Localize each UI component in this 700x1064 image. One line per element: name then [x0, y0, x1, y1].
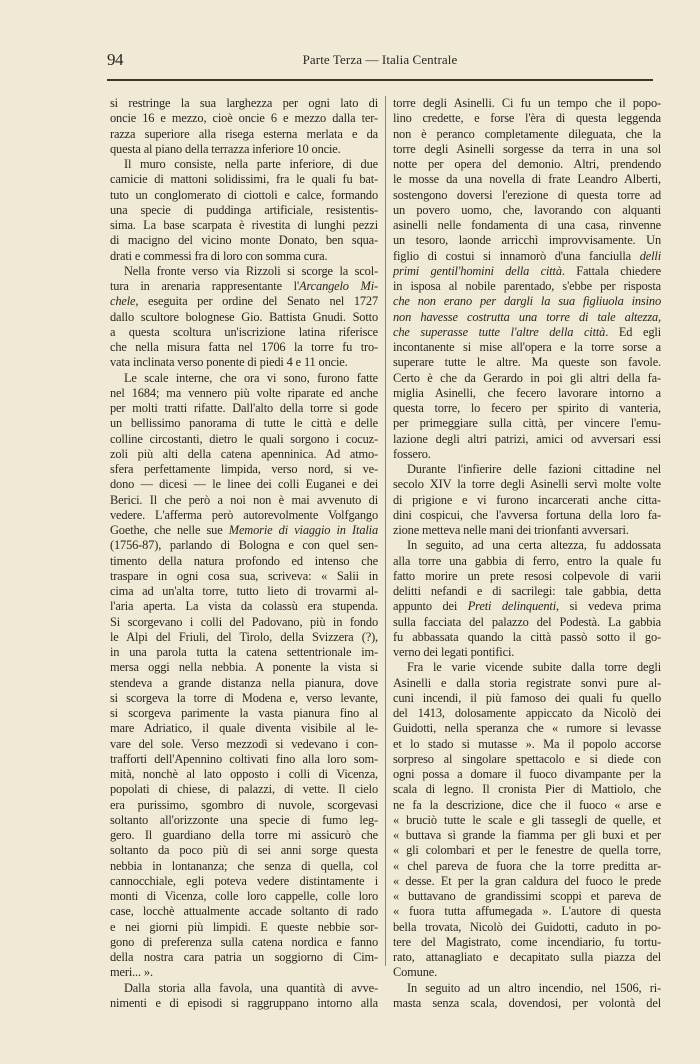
text-line: torre degli Asinelli. Ci fu un tempo che…	[393, 96, 661, 111]
text-line: torre degli Asinelli sorgesse da terra i…	[393, 142, 661, 157]
text-line: vedere. L'afferma però autorevolmente Vo…	[110, 508, 378, 523]
text-line: masta senza scala, dovendosi, per volont…	[393, 996, 661, 1011]
text-line: che nella misura fatta nel 1706 la torre…	[110, 340, 378, 355]
text-run: , eseguita per ordine del Senato nel 172…	[135, 294, 378, 308]
text-line: a questa scoltura un'iscrizione latina r…	[110, 325, 378, 340]
text-line: figlio di costui si innamorò d'una fanci…	[393, 249, 661, 264]
header-rule	[107, 79, 653, 81]
text-line: Nella fronte verso via Rizzoli si scorge…	[110, 264, 378, 279]
text-line: monti di Vicenza, colle loro cappelle, c…	[110, 889, 378, 904]
text-run: tura in arenaria rappresentante l'	[110, 279, 299, 293]
text-line: che superasse tutte l'altre della città.…	[393, 325, 661, 340]
text-line: incontanente si mise all'opera e la torr…	[393, 340, 661, 355]
text-run: figlio di costui si innamorò d'una fanci…	[393, 249, 640, 263]
text-line: camicie di mattoni solidissimi, fra le q…	[110, 172, 378, 187]
text-line: oncie 16 e mezzo, cioè oncie 6 e mezzo d…	[110, 111, 378, 126]
text-line: nebbia in lontananza; che senza di quell…	[110, 859, 378, 874]
right-column: torre degli Asinelli. Ci fu un tempo che…	[393, 96, 661, 1011]
text-line: popolati di chiese, di palazzi, di vette…	[110, 782, 378, 797]
text-line: In seguito, ad una certa altezza, fu add…	[393, 538, 661, 553]
text-line: sostengono doversi l'erezione di questa …	[393, 188, 661, 203]
text-line: « buttavano de grandissimi scoppi et par…	[393, 889, 661, 904]
text-line: Berici. Il che però a noi non è mai avve…	[110, 493, 378, 508]
text-line: dini cospicui, che l'avversa fortuna del…	[393, 508, 661, 523]
text-line: « buttava sì grande la fiamma per gli bu…	[393, 828, 661, 843]
text-line: nel 1684; ma vennero più volte riparate …	[110, 386, 378, 401]
text-line: si restringe la sua larghezza per ogni l…	[110, 96, 378, 111]
text-line: secolo XIV la torre degli Asinelli servì…	[393, 477, 661, 492]
text-line: et lo stado si mutasse ». Ma il popolo a…	[393, 737, 661, 752]
text-line: Goethe, che nelle sue Memorie di viaggio…	[110, 523, 378, 538]
text-run: . Fattala chiedere	[562, 264, 661, 278]
text-line: le Alpi del Friuli, del Tirolo, della Sv…	[110, 630, 378, 645]
text-line: nimenti e di episodi si raggruppano into…	[110, 996, 378, 1011]
text-line: Fra le varie vicende subite dalla torre …	[393, 660, 661, 675]
text-line: verno dei legati pontifici.	[393, 645, 661, 660]
text-line: gero. Il guardiano della torre mi assicu…	[110, 828, 378, 843]
text-line: asinelli nelle fondamenta di una casa, r…	[393, 218, 661, 233]
text-line: delitti nefandi e di sacrilegi: tale gab…	[393, 584, 661, 599]
text-line: tere del Magistrato, come incendiario, f…	[393, 935, 661, 950]
text-line: mare Adriatico, il quale diventa visibil…	[110, 721, 378, 736]
text-line: cannocchiale, egli poteva vedere distint…	[110, 874, 378, 889]
text-line: Comune.	[393, 965, 661, 980]
text-line: timento della natura profondo ed intenso…	[110, 554, 378, 569]
text-line: case, locchè attualmente accade soltanto…	[110, 904, 378, 919]
text-line: era purissimo, sgombro di nuvole, scorge…	[110, 798, 378, 813]
text-line: ne fa la descrizione, dice che il fuoco …	[393, 798, 661, 813]
text-line: scala di legno. Il cronista Pier di Matt…	[393, 782, 661, 797]
text-line: Certo è che da Gerardo in poi gli altri …	[393, 371, 661, 386]
text-line: per molti tratti rifatte. Dall'alto dell…	[110, 401, 378, 416]
italic-text: che non erano per dargli la sua figliuol…	[393, 294, 661, 308]
text-line: sulla facciata del palazzo del Podestà. …	[393, 615, 661, 630]
text-line: mità, nonchè al lato opposto i colli di …	[110, 767, 378, 782]
italic-text: Preti delinquenti	[468, 599, 556, 613]
text-line: per primeggiare sulla città, per vincere…	[393, 416, 661, 431]
text-line: cima ad un'alta torre, tutto lieto di tr…	[110, 584, 378, 599]
italic-text: primi gentil'homini della città	[393, 264, 562, 278]
text-line: Asinelli e dalla storia registrate sonvi…	[393, 676, 661, 691]
text-line: in isposa al nobile parentado, s'ebbe pe…	[393, 279, 661, 294]
text-line: alla torre una gabbia di ferro, entro la…	[393, 554, 661, 569]
text-line: lino credette, e forse l'èra di questa l…	[393, 111, 661, 126]
text-line: razza superiore alla risega esterna merl…	[110, 127, 378, 142]
text-line: primi gentil'homini della città. Fattala…	[393, 264, 661, 279]
text-run: appunto dei	[393, 599, 468, 613]
text-line: Durante l'infierire delle fazioni cittad…	[393, 462, 661, 477]
text-line: sfera perfettamente limpida, verso nord,…	[110, 462, 378, 477]
text-line: mersa oggi nella nebbia. A ponente la vi…	[110, 660, 378, 675]
text-line: superare tutte le altre. Ma queste son f…	[393, 355, 661, 370]
text-line: trafforti dell'Apennino coltivati fino a…	[110, 752, 378, 767]
text-line: appunto dei Preti delinquenti, si vedeva…	[393, 599, 661, 614]
text-line: Guidotti, nella speranza che « rumore si…	[393, 721, 661, 736]
text-line: si scorgeva la torre di Modena e, verso …	[110, 691, 378, 706]
text-line: questa torre, lo fecero per spirito di v…	[393, 401, 661, 416]
text-line: ogni possa a domare il fuoco divampante …	[393, 767, 661, 782]
text-line: Le scale interne, che ora vi sono, furon…	[110, 371, 378, 386]
text-line: un povero uomo, che, lavorando con alqua…	[393, 203, 661, 218]
text-line: le mosse da una novella di frate Leandro…	[393, 172, 661, 187]
text-line: « fuora tutta affumegada ». L'autore di …	[393, 904, 661, 919]
text-line: gono di preferenza sulla catena nordica …	[110, 935, 378, 950]
text-line: sima. La base scarpata è rivestita di lu…	[110, 218, 378, 233]
text-line: vata inclinata verso ponente di piedi 4 …	[110, 355, 378, 370]
left-column: si restringe la sua larghezza per ogni l…	[110, 96, 378, 1011]
text-line: un bellissimo panorama di tutte le città…	[110, 416, 378, 431]
text-line: fu abbassata quando la città passò sotto…	[393, 630, 661, 645]
text-line: miglia Asinelli, che fecero lavorare int…	[393, 386, 661, 401]
text-line: « bruciò tutte le scale e gli tassegli d…	[393, 813, 661, 828]
text-line: della nostra cara patria un soggiorno di…	[110, 950, 378, 965]
text-line: tuto un conglomerato di ciottoli e calce…	[110, 188, 378, 203]
text-run: Goethe, che nelle sue	[110, 523, 229, 537]
text-line: che non erano per dargli la sua figliuol…	[393, 294, 661, 309]
text-line: l'aria aperta. La vista da colassù era s…	[110, 599, 378, 614]
text-line: « chel pareva de fuora che la torre pred…	[393, 859, 661, 874]
italic-text: che superasse tutte l'altre della città	[393, 325, 605, 339]
text-line: un tesoro, laonde arricchì improvvisamen…	[393, 233, 661, 248]
text-line: vare del sole. Verso mezzodì si vedevano…	[110, 737, 378, 752]
text-line: In seguito ad un altro incendio, nel 150…	[393, 981, 661, 996]
text-line: di prigione e vi furono incarcerati anch…	[393, 493, 661, 508]
text-line: Dalla storia alla favola, una quantità d…	[110, 981, 378, 996]
text-line: dallo scultore bolognese Gio. Battista G…	[110, 310, 378, 325]
text-line: Si scorgevano i colli del Padovano, più …	[110, 615, 378, 630]
running-head: Parte Terza — Italia Centrale	[107, 52, 653, 68]
text-line: del 1413, dolosamente appiccato da Nicol…	[393, 706, 661, 721]
italic-text: non havesse costrutta una torre di tale …	[393, 310, 661, 324]
text-line: in una parola tutta la catena settentrio…	[110, 645, 378, 660]
italic-text: delli	[640, 249, 661, 263]
text-line: si scorgeva parimente la vasta pianura f…	[110, 706, 378, 721]
text-line: cuni incendi, il più famoso dei quali fu…	[393, 691, 661, 706]
page-header: 94 Parte Terza — Italia Centrale	[107, 50, 653, 74]
text-line: stendeva a grande distanza nella pianura…	[110, 676, 378, 691]
text-line: « desse. Et per la gran caldura del fuoc…	[393, 874, 661, 889]
italic-text: Memorie di viaggio in Italia	[229, 523, 378, 537]
text-line: meri... ».	[110, 965, 378, 980]
text-line: soltanto all'orizzonte una specie di fum…	[110, 813, 378, 828]
text-line: notte per opera del demonio. Altri, pren…	[393, 157, 661, 172]
text-line: zione metteva nelle mani dei trionfanti …	[393, 523, 661, 538]
text-line: di macigno del vicino monte Donato, ben …	[110, 233, 378, 248]
text-line: bella trovata, Nicolò dei Guidotti, cadu…	[393, 920, 661, 935]
text-line: drati e commessi fra di loro con somma c…	[110, 249, 378, 264]
text-line: rato, attanagliato e decapitato sulla pi…	[393, 950, 661, 965]
text-line: non havesse costrutta una torre di tale …	[393, 310, 661, 325]
text-line: (1756-87), parlando di Bologna e con que…	[110, 538, 378, 553]
italic-text: chele	[110, 294, 135, 308]
text-line: questa al piano della terrazza inferiore…	[110, 142, 378, 157]
text-line: non è peranco completamente dileguata, c…	[393, 127, 661, 142]
text-line: fatto morire un prete resosi colpevole d…	[393, 569, 661, 584]
column-divider	[385, 96, 386, 966]
text-line: una specie di puddinga artificiale, resi…	[110, 203, 378, 218]
text-line: colline circostanti, dietro le quali sor…	[110, 432, 378, 447]
text-line: lazione degli altri patrizi, amici od av…	[393, 432, 661, 447]
text-line: e nei giorni più limpidi. E queste nebbi…	[110, 920, 378, 935]
italic-text: Arcangelo Mi-	[299, 279, 378, 293]
text-line: sorpreso al singolare spettacolo e si di…	[393, 752, 661, 767]
text-line: dono — dicesi — le linee dei colli Eugan…	[110, 477, 378, 492]
text-line: chele, eseguita per ordine del Senato ne…	[110, 294, 378, 309]
text-line: zoli più alti della catena apenninica. A…	[110, 447, 378, 462]
text-line: traspare in ogni cosa sua, scriveva: « S…	[110, 569, 378, 584]
text-run: . Ed egli	[605, 325, 661, 339]
text-line: fossero.	[393, 447, 661, 462]
text-run: , si vedeva prima	[556, 599, 661, 613]
text-line: soltanto da poco più di sei anni sorge q…	[110, 843, 378, 858]
text-line: Il muro consiste, nella parte inferiore,…	[110, 157, 378, 172]
text-line: tura in arenaria rappresentante l'Arcang…	[110, 279, 378, 294]
text-line: « gli colombari et per le fenestre de qu…	[393, 843, 661, 858]
